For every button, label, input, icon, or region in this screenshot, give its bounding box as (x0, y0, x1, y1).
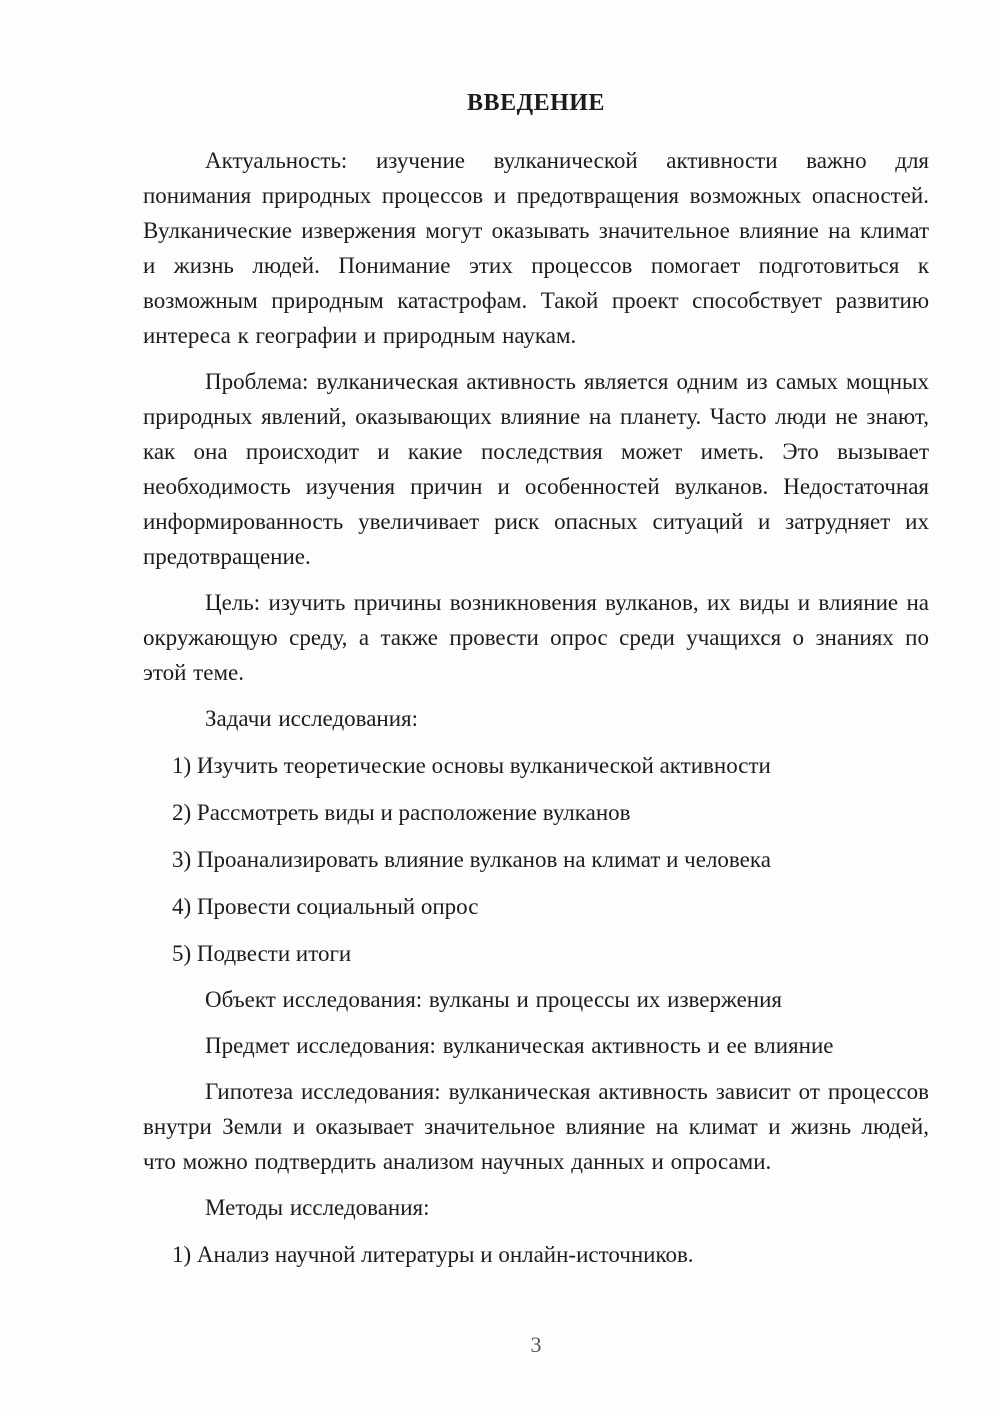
document-page: ВВЕДЕНИЕ Актуальность: изучение вулканич… (0, 0, 1000, 1414)
page-number: 3 (143, 1330, 929, 1360)
paragraph-object: Объект исследования: вулканы и процессы … (143, 982, 929, 1017)
paragraph-problem: Проблема: вулканическая активность являе… (143, 364, 929, 574)
methods-heading: Методы исследования: (143, 1190, 929, 1225)
page-title: ВВЕДЕНИЕ (143, 86, 929, 121)
task-item-4: 4) Провести социальный опрос (172, 889, 929, 924)
method-item-1: 1) Анализ научной литературы и онлайн-ис… (172, 1237, 929, 1272)
methods-list: 1) Анализ научной литературы и онлайн-ис… (143, 1237, 929, 1272)
tasks-heading: Задачи исследования: (143, 701, 929, 736)
task-item-3: 3) Проанализировать влияние вулканов на … (172, 842, 929, 877)
paragraph-goal: Цель: изучить причины возникновения вулк… (143, 585, 929, 690)
paragraph-subject: Предмет исследования: вулканическая акти… (143, 1028, 929, 1063)
task-item-1: 1) Изучить теоретические основы вулканич… (172, 748, 929, 783)
task-item-5: 5) Подвести итоги (172, 936, 929, 971)
paragraph-relevance: Актуальность: изучение вулканической акт… (143, 143, 929, 353)
tasks-list: 1) Изучить теоретические основы вулканич… (143, 748, 929, 971)
task-item-2: 2) Рассмотреть виды и расположение вулка… (172, 795, 929, 830)
paragraph-hypothesis: Гипотеза исследования: вулканическая акт… (143, 1074, 929, 1179)
